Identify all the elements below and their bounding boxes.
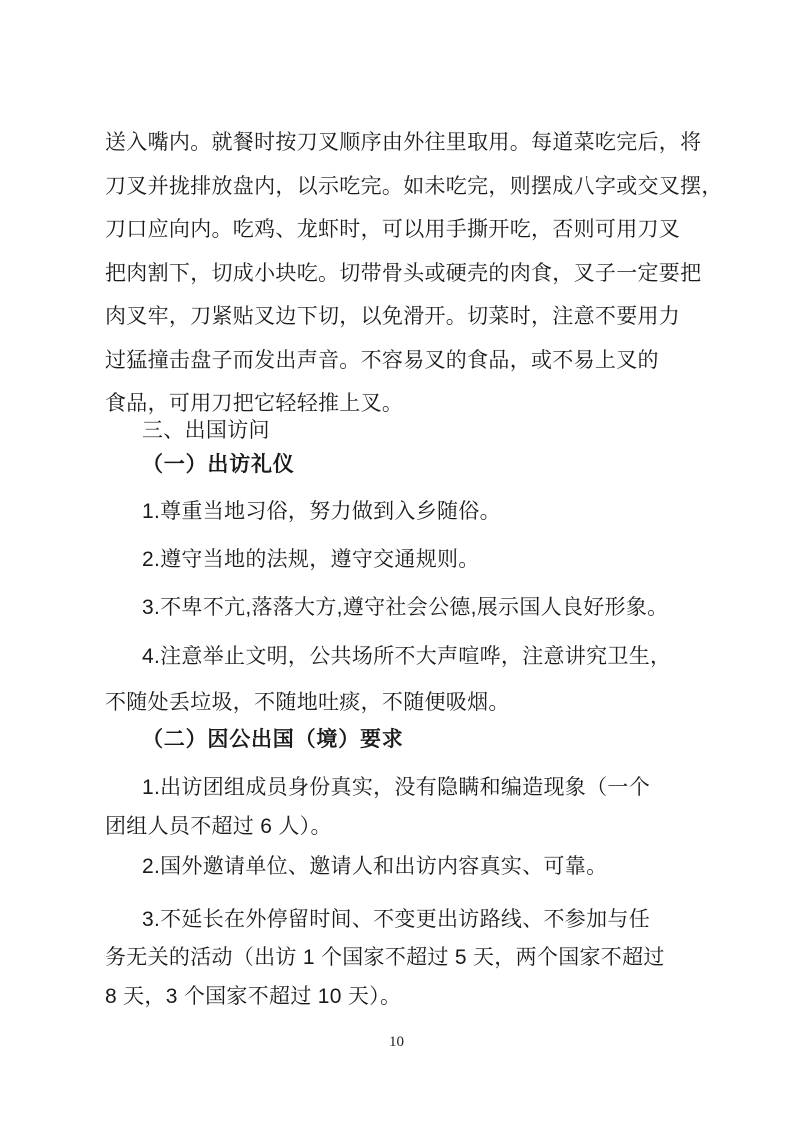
- list-item: 2.遵守当地的法规，遵守交通规则。: [105, 545, 701, 575]
- body-paragraph-line: 刀口应向内。吃鸡、龙虾时，可以用手撕开吃，否则可用刀叉: [105, 215, 701, 245]
- list-item: 2.国外邀请单位、邀请人和出访内容真实、可靠。: [105, 852, 701, 882]
- document-page: 送入嘴内。就餐时按刀叉顺序由外往里取用。每道菜吃完后，将 刀叉并拢排放盘内，以示…: [0, 0, 793, 1122]
- list-item-continuation: 团组人员不超过 6 人）。: [105, 812, 701, 842]
- list-item: 1.尊重当地习俗，努力做到入乡随俗。: [105, 497, 701, 527]
- page-content: 送入嘴内。就餐时按刀叉顺序由外往里取用。每道菜吃完后，将 刀叉并拢排放盘内，以示…: [105, 128, 701, 1012]
- list-item: 3.不卑不亢,落落大方,遵守社会公德,展示国人良好形象。: [105, 593, 701, 623]
- body-paragraph-line: 把肉割下，切成小块吃。切带骨头或硬壳的肉食，叉子一定要把: [105, 259, 701, 289]
- body-paragraph-line: 肉叉牢，刀紧贴叉边下切，以免滑开。切菜时，注意不要用力: [105, 302, 701, 332]
- body-paragraph-line: 过猛撞击盘子而发出声音。不容易叉的食品，或不易上叉的: [105, 346, 701, 376]
- list-item-continuation: 8 天，3 个国家不超过 10 天）。: [105, 982, 701, 1012]
- subsection-title-official-travel: （二）因公出国（境）要求: [105, 725, 701, 755]
- list-item-continuation: 务无关的活动（出访 1 个国家不超过 5 天，两个国家不超过: [105, 943, 701, 973]
- section-title: 三、出国访问: [105, 416, 701, 446]
- body-paragraph-line: 刀叉并拢排放盘内，以示吃完。如未吃完，则摆成八字或交叉摆，: [105, 172, 701, 202]
- list-item: 4.注意举止文明，公共场所不大声喧哗，注意讲究卫生，: [105, 642, 701, 672]
- list-item: 1.出访团组成员身份真实，没有隐瞒和编造现象（一个: [105, 773, 701, 803]
- list-item-continuation: 不随处丢垃圾，不随地吐痰，不随便吸烟。: [105, 688, 701, 718]
- body-paragraph-line: 食品，可用刀把它轻轻推上叉。: [105, 389, 701, 419]
- subsection-title-visit-etiquette: （一）出访礼仪: [105, 450, 701, 480]
- body-paragraph-line: 送入嘴内。就餐时按刀叉顺序由外往里取用。每道菜吃完后，将: [105, 128, 701, 158]
- page-number: 10: [0, 1034, 793, 1051]
- list-item: 3.不延长在外停留时间、不变更出访路线、不参加与任: [105, 905, 701, 935]
